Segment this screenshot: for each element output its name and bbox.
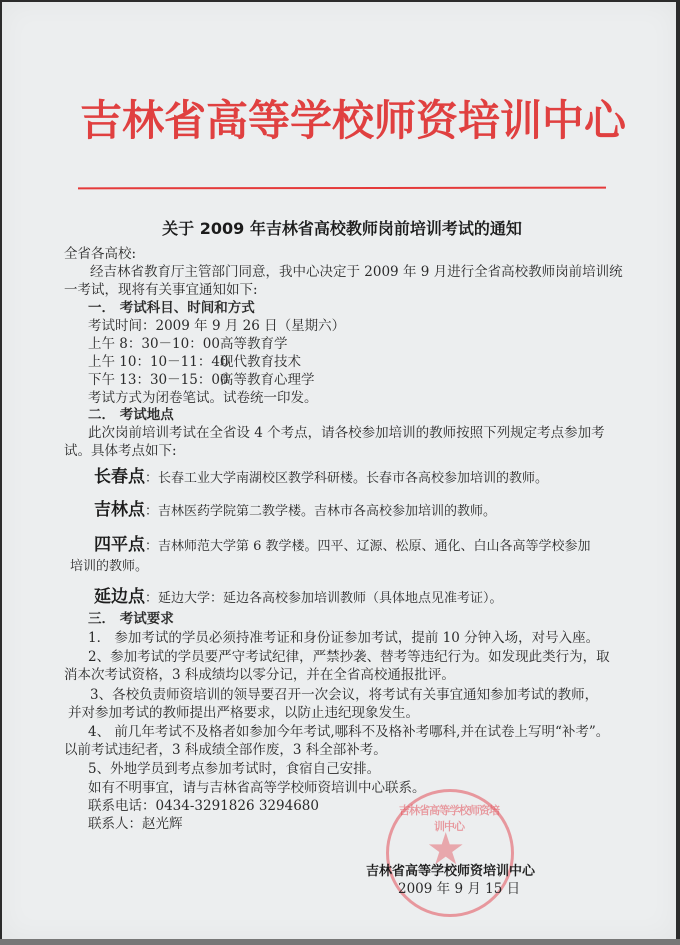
notice-title: 关于 2009 年吉林省高校教师岗前培训考试的通知 [2,216,680,239]
exam-site-changchun: 长春点：长春工业大学南湖校区教学科研楼。长春市各高校参加培训的教师。 [94,462,548,487]
site-desc: ：延边大学：延边各高校参加培训教师（具体地点见准考证）。 [145,591,503,606]
exam-site-yanbian: 延边点：延边大学：延边各高校参加培训教师（具体地点见准考证）。 [94,582,503,607]
schedule-time: 上午 10：10－11：40 [88,350,220,370]
requirement-item: 3、各校负责师资培训的领导要召开一次会议，将考试有关事宜通知参加考试的教师， [90,683,598,703]
requirement-item-cont: 并对参加考试的教师提出严格要求，以防止违纪现象发生。 [68,701,419,721]
signature-date: 2009 年 9 月 15 日 [398,877,520,897]
site-name: 吉林点 [94,500,145,520]
schedule-time: 下午 13：30－15：00 [88,368,220,388]
requirement-item: 1． 参加考试的学员必须持准考证和身份证参加考试，提前 10 分钟入场，对号入座… [88,626,599,646]
section-heading-locations: 二． 考试地点 [88,403,174,423]
schedule-time: 上午 8：30－10：00 [88,332,220,352]
scan-edge [0,939,680,945]
exam-site-jilin: 吉林点：吉林医药学院第二教学楼。吉林市各高校参加培训的教师。 [94,495,496,520]
site-name: 长春点 [94,467,145,487]
section-heading-requirements: 三． 考试要求 [88,607,174,627]
site-name: 延边点 [94,587,145,607]
site-desc-continued: 培训的教师。 [70,555,148,574]
site-desc: ：吉林师范大学第 6 教学楼。四平、辽源、松原、通化、白山各高等学校参加 [145,539,591,554]
site-desc: ：吉林医药学院第二教学楼。吉林市各高校参加培训的教师。 [145,504,496,519]
requirement-item: 2、参加考试的学员要严守考试纪律，严禁抄袭、替考等违纪行为。如发现此类行为，取 [88,645,610,665]
salutation: 全省各高校: [64,242,136,262]
intro-line: 经吉林省教育厅主管部门同意，我中心决定于 2009 年 9 月进行全省高校教师岗… [90,260,623,280]
requirement-item: 4、 前几年考试不及格者如参加今年考试,哪科不及格补考哪科,并在试卷上写明“补考… [88,720,609,740]
letterhead-divider [78,187,606,190]
schedule-row: 下午 13：30－15：00高等教育心理学 [88,368,315,388]
locations-intro: 试。具体考点如下: [64,439,177,459]
contact-note: 如有不明事宜，请与吉林省高等学校师资培训中心联系。 [88,776,426,796]
site-name: 四平点 [94,535,145,555]
requirement-item: 5、外地学员到考点参加考试时，食宿自己安排。 [88,757,380,777]
schedule-row: 上午 10：10－11：40现代教育技术 [88,350,301,370]
intro-line: 一考试，现将有关事宜通知如下: [64,278,258,298]
requirement-item-cont: 消本次考试资格，3 科成绩均以零分记，并在全省高校通报批评。 [64,663,455,683]
section-heading-subjects: 一． 考试科目、时间和方式 [88,296,255,316]
requirement-item-cont: 以前考试违纪者，3 科成绩全部作废，3 科全部补考。 [64,738,387,758]
site-desc: ：长春工业大学南湖校区教学科研楼。长春市各高校参加培训的教师。 [145,471,548,486]
schedule-row: 上午 8：30－10：00高等教育学 [88,332,288,352]
locations-intro: 此次岗前培训考试在全省设 4 个考点，请各校参加培训的教师按照下列规定考点参加考 [88,421,605,441]
exam-site-siping: 四平点：吉林师范大学第 6 教学楼。四平、辽源、松原、通化、白山各高等学校参加 [94,530,591,555]
official-seal: 吉林省高等学校师资培训中心 ★ [386,789,514,917]
letterhead-org-name: 吉林省高等学校师资培训中心 [80,88,640,148]
exam-date: 考试时间：2009 年 9 月 26 日（星期六） [88,314,345,334]
contact-phone: 联系电话：0434-3291826 3294680 [88,794,319,814]
document-page: 吉林省高等学校师资培训中心 关于 2009 年吉林省高校教师岗前培训考试的通知 … [2,2,676,939]
contact-person: 联系人：赵光辉 [88,812,183,832]
